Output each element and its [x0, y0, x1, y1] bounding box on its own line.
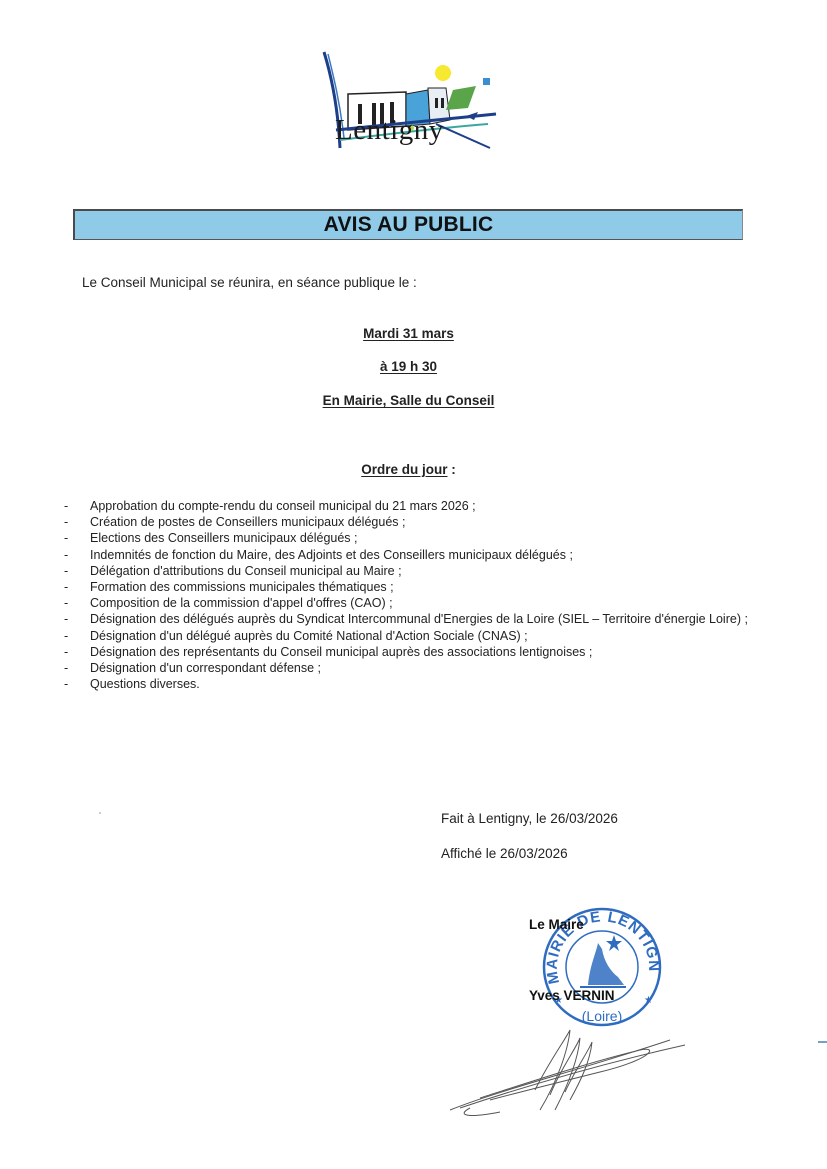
agenda-item: -Indemnités de fonction du Maire, des Ad… [62, 547, 782, 563]
agenda-item: -Création de postes de Conseillers munic… [62, 514, 782, 530]
title-banner: AVIS AU PUBLIC [73, 209, 743, 240]
agenda-item: -Elections des Conseillers municipaux dé… [62, 530, 782, 546]
agenda-item: -Questions diverses. [62, 676, 782, 692]
agenda-item: -Désignation d'un correspondant défense … [62, 660, 782, 676]
logo-wordmark: Lentigny [335, 114, 444, 147]
maire-name: Yves VERNIN [529, 988, 615, 1003]
agenda-item: -Approbation du compte-rendu du conseil … [62, 498, 782, 514]
scan-edge-mark [818, 1041, 827, 1043]
page-title: AVIS AU PUBLIC [324, 213, 494, 237]
agenda-item: -Désignation d'un délégué auprès du Comi… [62, 628, 782, 644]
maire-label: Le Maire [529, 917, 584, 932]
meeting-time: à 19 h 30 [0, 359, 817, 374]
fait-a-text: Fait à Lentigny, le 26/03/2026 [441, 811, 618, 826]
intro-text: Le Conseil Municipal se réunira, en séan… [82, 275, 417, 290]
agenda-item: -Composition de la commission d'appel d'… [62, 595, 782, 611]
agenda-item: -Délégation d'attributions du Conseil mu… [62, 563, 782, 579]
signature [440, 1020, 700, 1120]
meeting-place: En Mairie, Salle du Conseil [0, 393, 817, 408]
agenda-item: -Désignation des délégués auprès du Synd… [62, 611, 782, 627]
agenda-title: Ordre du jour : [0, 462, 817, 477]
agenda-item: -Formation des commissions municipales t… [62, 579, 782, 595]
scan-speck [99, 812, 101, 814]
agenda-list: -Approbation du compte-rendu du conseil … [62, 498, 782, 692]
svg-text:★: ★ [644, 995, 653, 1006]
affiche-text: Affiché le 26/03/2026 [441, 846, 568, 861]
agenda-item: -Désignation des représentants du Consei… [62, 644, 782, 660]
meeting-date: Mardi 31 mars [0, 326, 817, 341]
